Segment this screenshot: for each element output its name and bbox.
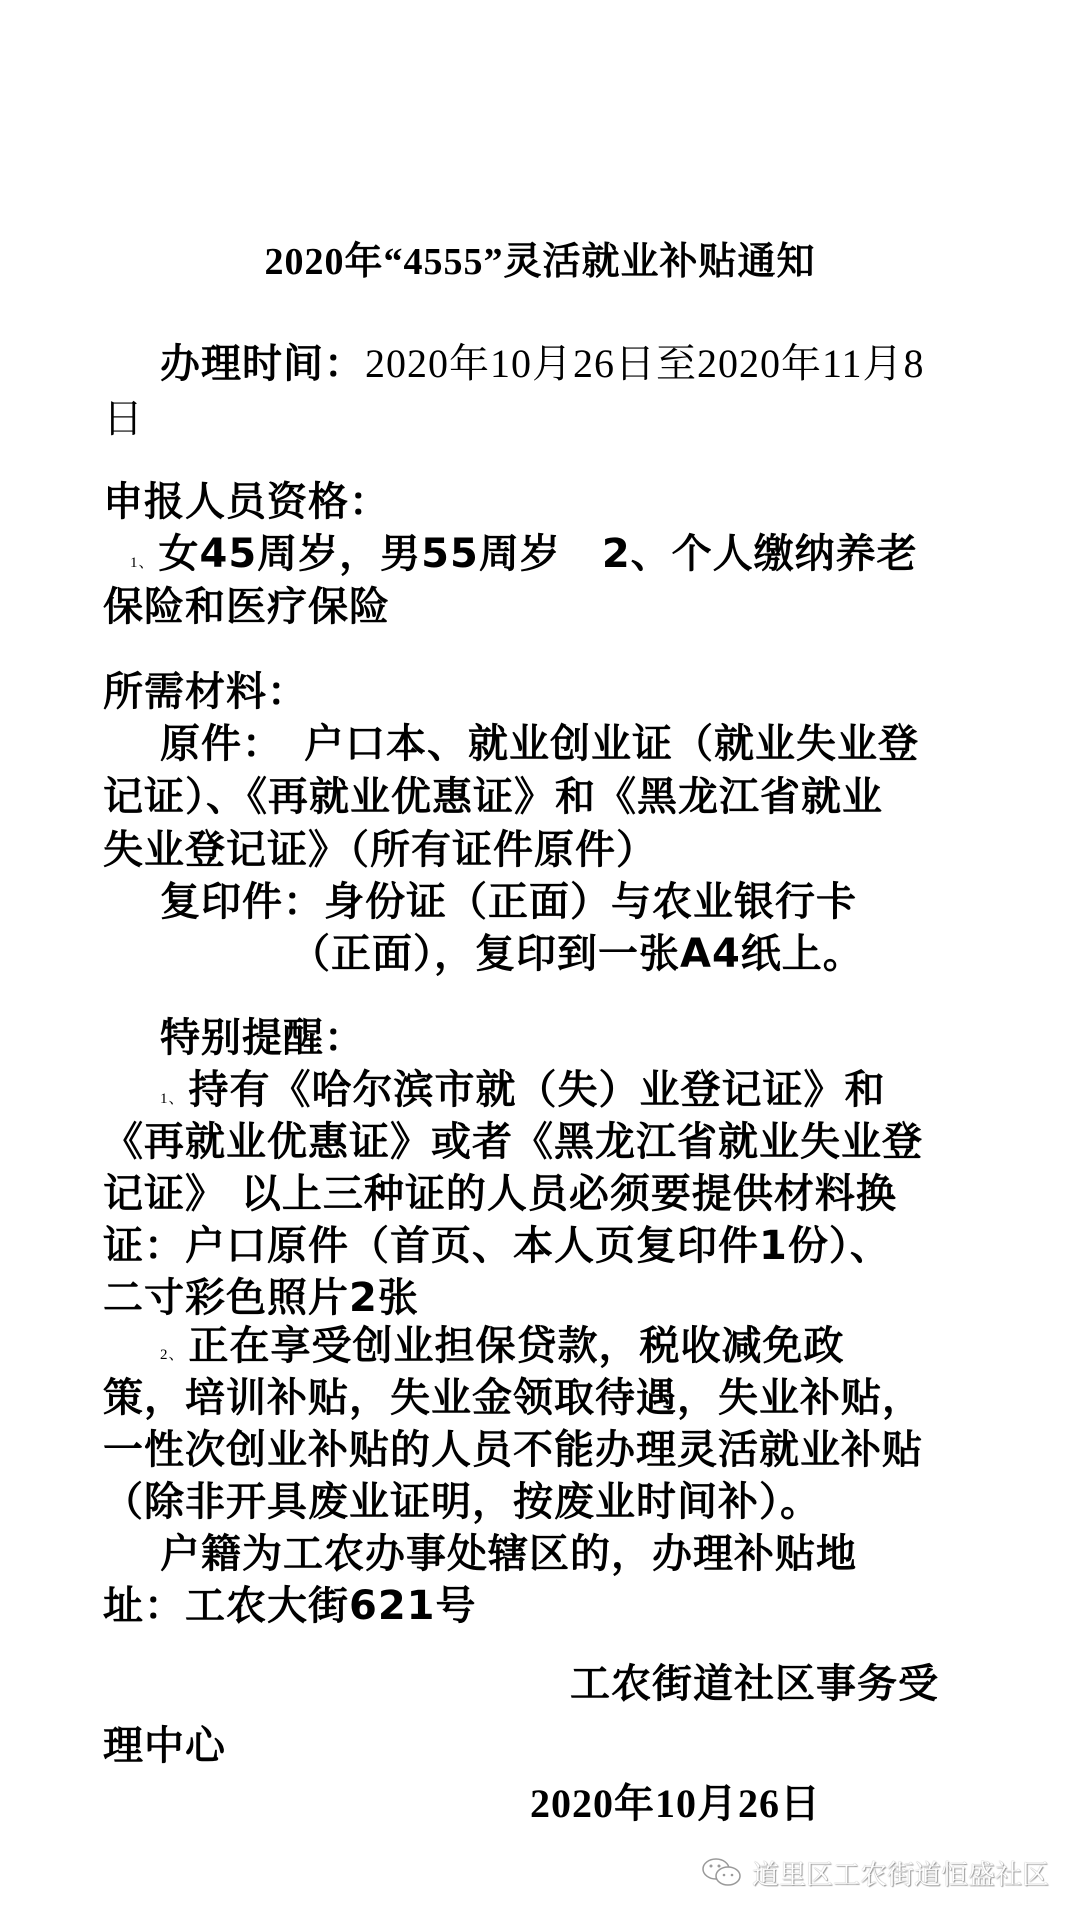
eligibility-line-1: 1、女45周岁，男55周岁 2、个人缴纳养老 (130, 530, 918, 587)
originals-line-3: 失业登记证》（所有证件原件） (103, 826, 657, 874)
signature-date: 2020年10月26日 (530, 1780, 821, 1828)
reminder-2-line-1: 2、正在享受创业担保贷款，税收减免政 (160, 1322, 845, 1379)
watermark: 道里区工农街道恒盛社区 (700, 1853, 1049, 1892)
reminder-1-number: 1、 (160, 1091, 185, 1107)
reminder-1-line-5: 二寸彩色照片2张 (103, 1274, 419, 1322)
watermark-text: 道里区工农街道恒盛社区 (752, 1853, 1049, 1892)
handling-time-line: 办理时间：2020年10月26日至2020年11月8 (160, 340, 925, 388)
eligibility-heading: 申报人员资格： (103, 478, 390, 526)
address-line-2: 址：工农大街621号 (103, 1582, 477, 1630)
reminder-1-line-3: 记证》 以上三种证的人员必须要提供材料换 (103, 1170, 897, 1218)
reminder-1-line-1: 1、持有《哈尔滨市就（失）业登记证》和 (160, 1066, 886, 1123)
handling-time-value: 2020年10月26日至2020年11月8 (365, 341, 925, 386)
handling-time-value-cont: 日 (103, 395, 144, 443)
eligibility-line-2: 保险和医疗保险 (103, 583, 390, 631)
reminder-2-number: 2、 (160, 1347, 185, 1363)
reminder-2-line-4: （除非开具废业证明，按废业时间补）。 (103, 1478, 821, 1526)
reminders-heading: 特别提醒： (160, 1014, 365, 1062)
eligibility-item-number: 1、 (130, 555, 155, 571)
wechat-icon (700, 1856, 744, 1890)
signature-org-line-1: 工农街道社区事务受 (570, 1660, 939, 1708)
originals-line-2: 记证）、《再就业优惠证》和《黑龙江省就业 (103, 773, 883, 821)
eligibility-text: 女45周岁，男55周岁 2、个人缴纳养老 (159, 531, 918, 577)
reminder-1-line-2: 《再就业优惠证》或者《黑龙江省就业失业登 (103, 1118, 923, 1166)
handling-time-label: 办理时间： (160, 341, 365, 387)
reminder-text: 正在享受创业担保贷款，税收减免政 (189, 1323, 845, 1369)
document-title: 2020年“4555”灵活就业补贴通知 (0, 238, 1080, 286)
signature-org-line-2: 理中心 (103, 1722, 226, 1770)
reminder-2-line-3: 一性次创业补贴的人员不能办理灵活就业补贴 (103, 1426, 923, 1474)
copies-line-2: （正面），复印到一张A4纸上。 (290, 930, 864, 978)
reminder-1-line-4: 证：户口原件（首页、本人页复印件1份）、 (103, 1222, 891, 1270)
originals-line-1: 原件： 户口本、就业创业证（就业失业登 (160, 720, 919, 768)
address-line-1: 户籍为工农办事处辖区的，办理补贴地 (160, 1530, 857, 1578)
materials-heading: 所需材料： (103, 668, 308, 716)
reminder-2-line-2: 策，培训补贴，失业金领取待遇，失业补贴， (103, 1374, 923, 1422)
reminder-text: 持有《哈尔滨市就（失）业登记证》和 (189, 1067, 886, 1113)
copies-line-1: 复印件：身份证（正面）与农业银行卡 (160, 878, 857, 926)
